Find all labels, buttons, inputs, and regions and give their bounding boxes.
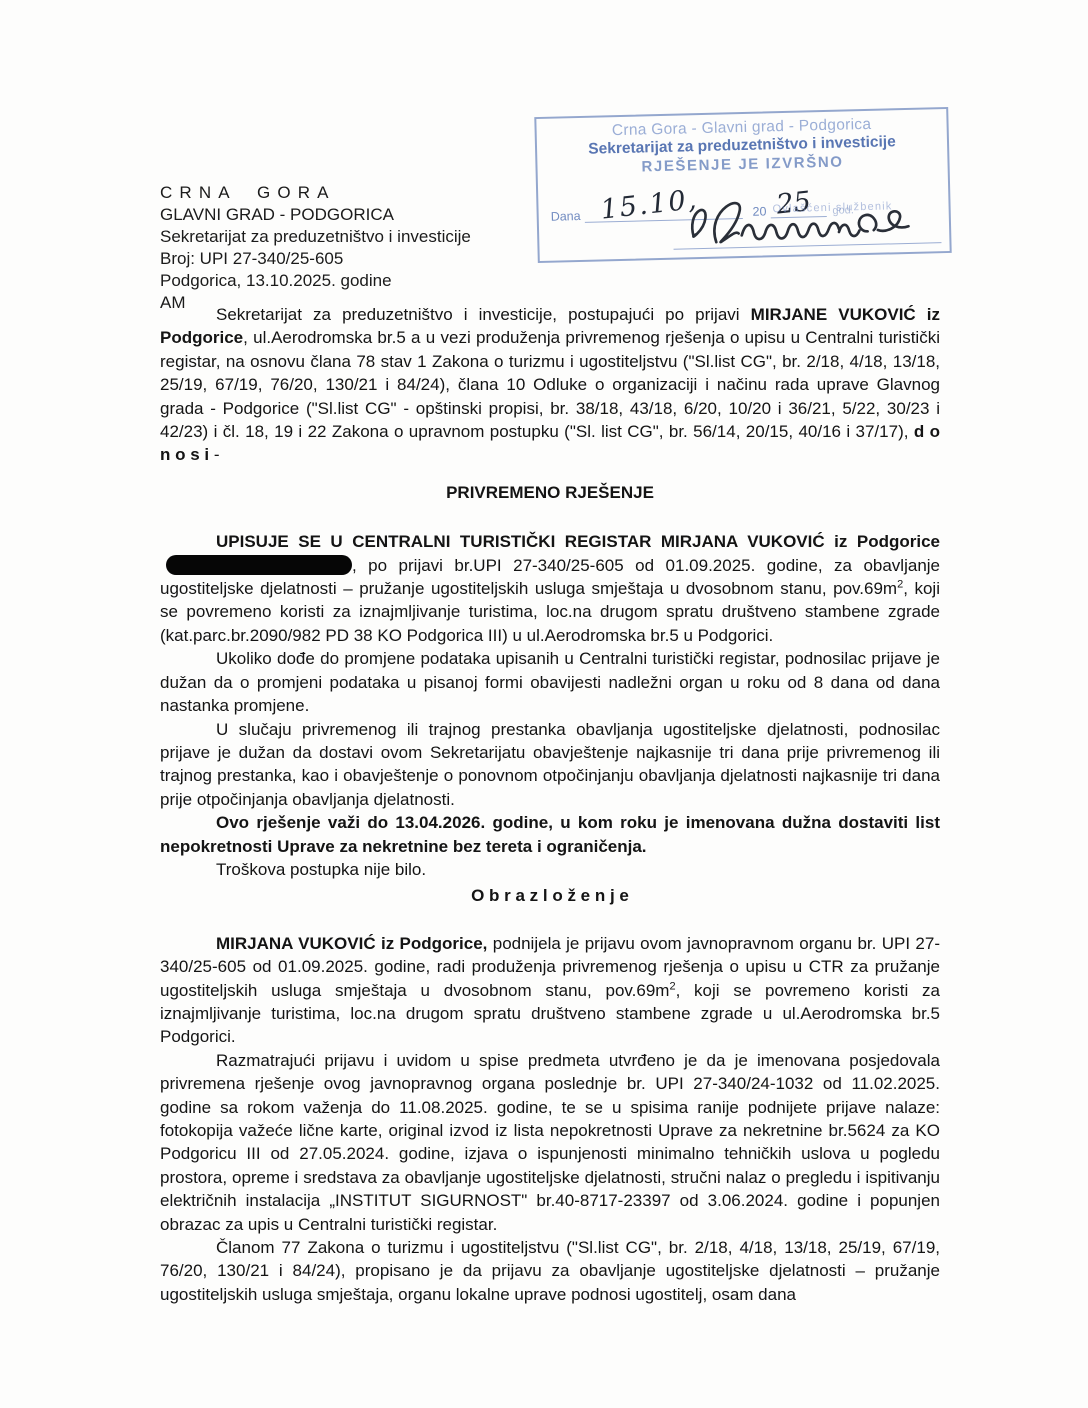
redaction-box	[166, 555, 352, 575]
application-paragraph: MIRJANA VUKOVIĆ iz Podgorice, podnijela …	[160, 932, 940, 1049]
letterhead-country: CRNA GORA	[160, 182, 471, 204]
data-change-paragraph: Ukoliko dođe do promjene podataka upisan…	[160, 647, 940, 717]
stamp-date-label: Dana	[551, 209, 581, 224]
signature-handwritten	[676, 183, 933, 253]
letterhead-case-number: Broj: UPI 27-340/25-605	[160, 248, 471, 270]
text: Članom 77 Zakona o turizmu i ugostiteljs…	[160, 1238, 940, 1304]
scanned-document-page: CRNA GORA GLAVNI GRAD - PODGORICA Sekret…	[0, 0, 1088, 1408]
validity-paragraph: Ovo rješenje važi do 13.04.2026. godine,…	[160, 811, 940, 858]
text: Razmatrajući prijavu i uvidom u spise pr…	[160, 1051, 940, 1234]
text: Ukoliko dođe do promjene podataka upisan…	[160, 649, 940, 715]
bold-text: Ovo rješenje važi do 13.04.2026. godine,…	[160, 813, 940, 855]
costs-paragraph: Troškova postupka nije bilo.	[160, 858, 940, 881]
bold-text: MIRJANA VUKOVIĆ iz Podgorice,	[216, 934, 487, 953]
bold-text: UPISUJE SE U CENTRALNI TURISTIČKI REGIST…	[216, 532, 940, 551]
cessation-paragraph: U slučaju privremenog ili trajnog presta…	[160, 718, 940, 812]
bold-text: PRIVREMENO RJEŠENJE	[446, 483, 654, 502]
intro-paragraph: Sekretarijat za preduzetništvo i investi…	[160, 303, 940, 467]
text: Troškova postupka nije bilo.	[216, 860, 426, 879]
document-body: Sekretarijat za preduzetništvo i investi…	[160, 303, 940, 1306]
text: -	[209, 445, 219, 464]
section-heading: O b r a z l o ž e n j e	[160, 884, 940, 907]
execution-stamp: Crna Gora - Glavni grad - Podgorica Sekr…	[534, 107, 951, 263]
document-title: PRIVREMENO RJEŠENJE	[160, 481, 940, 504]
disposition-paragraph: UPISUJE SE U CENTRALNI TURISTIČKI REGIST…	[160, 530, 940, 647]
bold-text: O b r a z l o ž e n j e	[471, 886, 629, 905]
text: , ul.Aerodromska br.5 a u vezi produženj…	[160, 328, 940, 441]
letterhead-place-date: Podgorica, 13.10.2025. godine	[160, 270, 471, 292]
letterhead-department: Sekretarijat za preduzetništvo i investi…	[160, 226, 471, 248]
law-article-paragraph: Članom 77 Zakona o turizmu i ugostiteljs…	[160, 1236, 940, 1306]
letterhead: CRNA GORA GLAVNI GRAD - PODGORICA Sekret…	[160, 182, 471, 314]
text: U slučaju privremenog ili trajnog presta…	[160, 720, 940, 809]
letterhead-city: GLAVNI GRAD - PODGORICA	[160, 204, 471, 226]
review-paragraph: Razmatrajući prijavu i uvidom u spise pr…	[160, 1049, 940, 1236]
text: Sekretarijat za preduzetništvo i investi…	[216, 305, 751, 324]
